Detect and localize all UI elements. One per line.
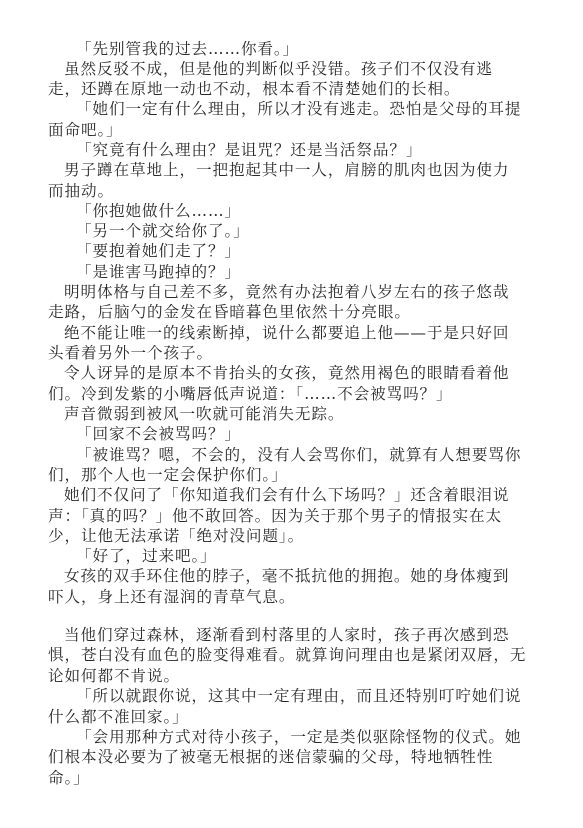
text-line: 「另一个就交给你了。」 [76, 222, 250, 240]
text-line: 「究竟有什么理由？是诅咒？还是当活祭品？」 [76, 141, 422, 159]
text-line: 们根本没必要为了被毫无根据的迷信蒙骗的父母，特地牺牲性 [48, 748, 493, 766]
text-line: 「会用那种方式对待小孩子，一定是类似驱除怪物的仪式。她 [76, 728, 521, 746]
text-line: 惧，苍白没有血色的脸变得难看。就算询问理由也是紧闭双唇，无 [48, 646, 526, 664]
text-line: 什么都不准回家。」 [48, 708, 189, 726]
text-line: 「要抱着她们走了？」 [76, 242, 241, 260]
text-line: 们。冷到发紫的小嘴唇低声说道：「……不会被骂吗？」 [48, 385, 453, 403]
text-line: 明明体格与自己差不多，竟然有办法抱着八岁左右的孩子悠哉 [64, 283, 509, 301]
text-line: 面命吧。」 [48, 121, 123, 139]
text-line: 声：「真的吗？」他不敢回答。因为关于那个男子的情报实在太 [48, 507, 502, 525]
text-line: 吓人，身上还有湿润的青草气息。 [48, 588, 295, 606]
text-line: 令人讶异的是原本不肯抬头的女孩，竟然用褐色的眼睛看着他 [64, 364, 509, 382]
text-line: 「被谁骂？嗯，不会的，没有人会骂你们，就算有人想要骂你 [76, 446, 521, 464]
text-line: 而抽动。 [48, 182, 114, 200]
text-line: 「所以就跟你说，这其中一定有理由，而且还特别叮咛她们说 [76, 687, 521, 705]
text-line: 她们不仅问了「你知道我们会有什么下场吗？」还含着眼泪说 [64, 486, 509, 504]
text-line: 少，让他无法承诺「绝对没问题」。 [48, 527, 304, 545]
text-line: 「回家不会被骂吗？」 [76, 425, 241, 443]
document-page: 「先别管我的过去……你看。」虽然反驳不成，但是他的判断似乎没错。孩子们不仅没有逃… [0, 0, 583, 828]
text-line: 「先别管我的过去……你看。」 [76, 40, 299, 58]
text-line: 「好了，过来吧。」 [76, 547, 217, 565]
text-line: 当他们穿过森林，逐渐看到村落里的人家时，孩子再次感到恐 [64, 626, 509, 644]
text-line: 走路，后脑勺的金发在昏暗暮色里依然十分亮眼。 [48, 303, 411, 321]
text-line: 走，还蹲在原地一动也不动，根本看不清楚她们的长相。 [48, 80, 460, 98]
text-line: 「她们一定有什么理由，所以才没有逃走。恐怕是父母的耳提 [76, 100, 521, 118]
text-line: 命。」 [48, 769, 90, 787]
text-line: 男子蹲在草地上，一把抱起其中一人，肩膀的肌肉也因为使力 [64, 161, 509, 179]
text-line: 「你抱她做什么……」 [76, 202, 241, 220]
text-line: 绝不能让唯一的线索断掉，说什么都要追上他——于是只好回 [64, 324, 509, 342]
text-line: 论如何都不肯说。 [48, 667, 180, 685]
text-line: 女孩的双手环住他的脖子，毫不抵抗他的拥抱。她的身体瘦到 [64, 567, 509, 585]
text-line: 虽然反驳不成，但是他的判断似乎没错。孩子们不仅没有逃 [64, 60, 493, 78]
text-line: 们，那个人也一定会保护你们。」 [48, 466, 288, 484]
text-line: 「是谁害马跑掉的？」 [76, 263, 241, 281]
text-line: 声音微弱到被风一吹就可能消失无踪。 [64, 405, 344, 423]
text-line: 头看着另外一个孩子。 [48, 344, 213, 362]
